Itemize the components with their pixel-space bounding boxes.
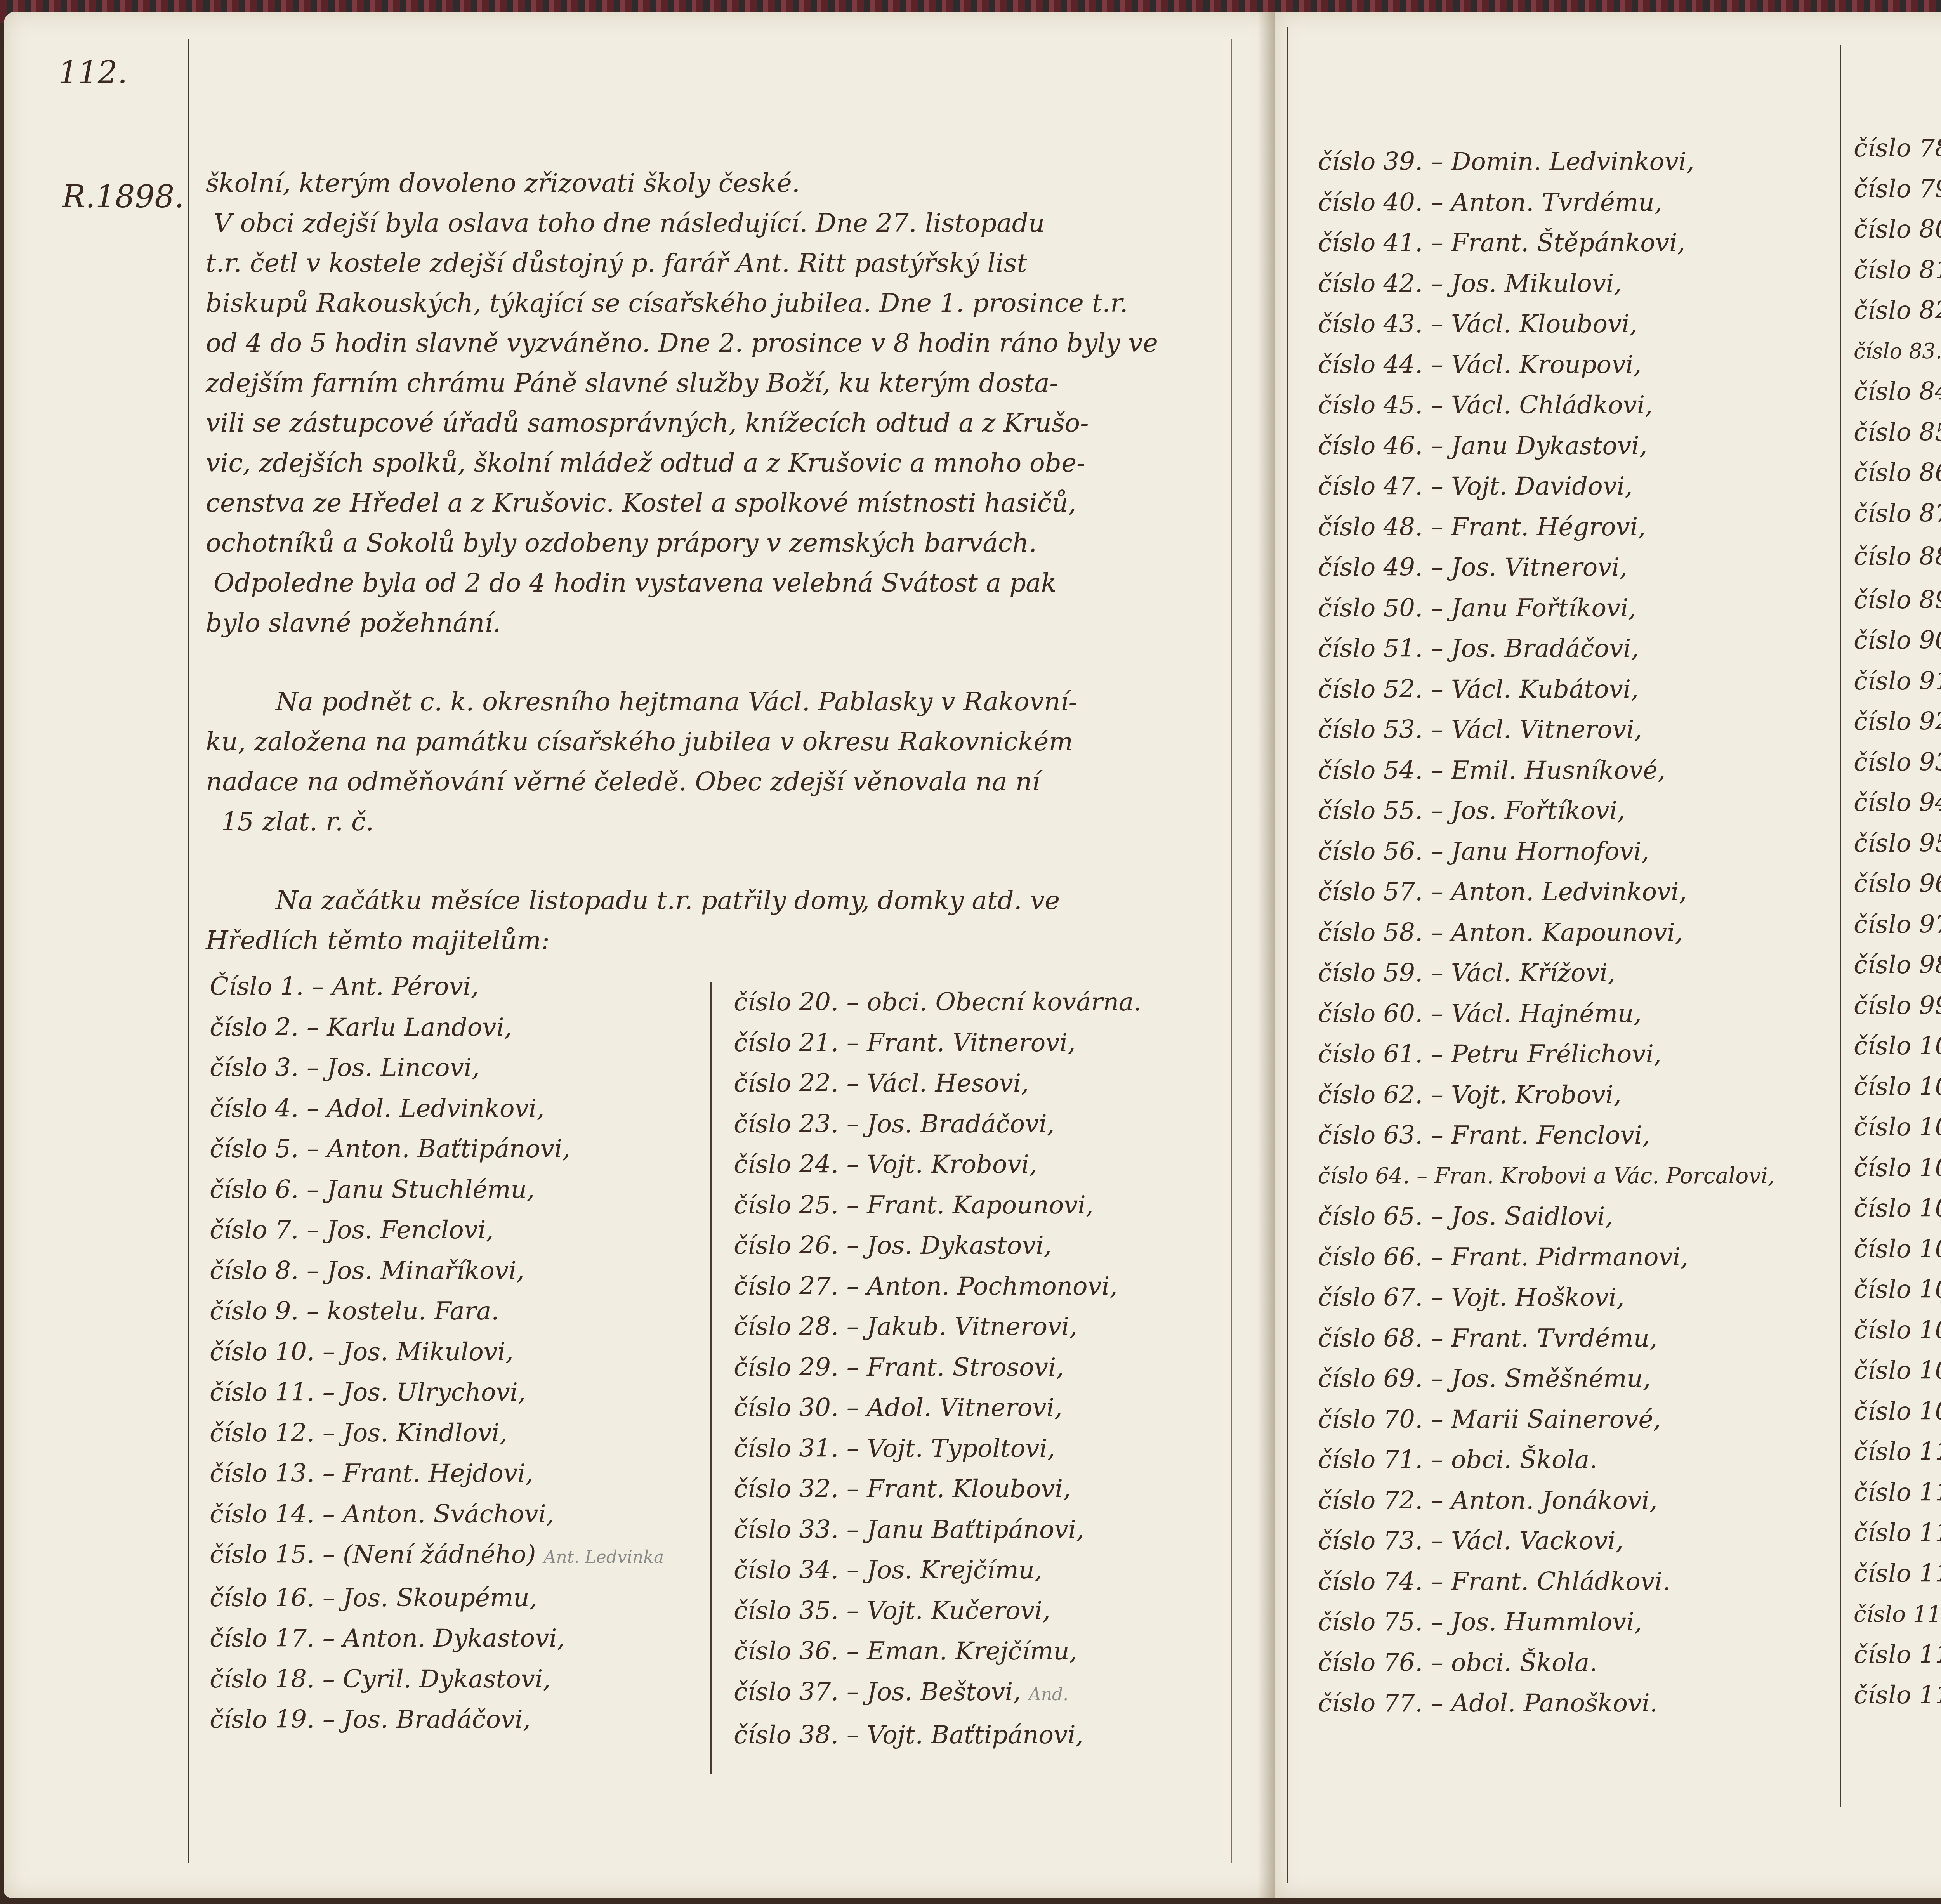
- list-item: číslo 82. – Růž. Lorencové,: [1854, 290, 1941, 331]
- list-item: číslo 16. – Jos. Skoupému,: [210, 1578, 664, 1619]
- list-item: číslo 69. – Jos. Směšnému,: [1318, 1359, 1774, 1399]
- list-item: číslo 45. – Václ. Chládkovi,: [1318, 385, 1774, 426]
- owners-list-col1: Číslo 1. – Ant. Pérovi, číslo 2. – Karlu…: [210, 967, 664, 1740]
- list-item: číslo 91. – Jos. Rubášovi,: [1854, 661, 1941, 702]
- list-item: číslo 94. – Frant. Sváchovi,: [1854, 783, 1941, 823]
- list-item: číslo 77. – Adol. Panoškovi.: [1318, 1683, 1774, 1724]
- list-item: číslo 42. – Jos. Mikulovi,: [1318, 264, 1774, 304]
- list-item: číslo 18. – Cyril. Dykastovi,: [210, 1659, 664, 1700]
- list-item: číslo 74. – Frant. Chládkovi.: [1318, 1562, 1774, 1602]
- list-item: číslo 30. – Adol. Vitnerovi,: [734, 1388, 1142, 1428]
- right-edge-rule: [1231, 39, 1232, 1863]
- list-item: číslo 83. – Jos. Křížkovi, (Vác. Hesovi)…: [1854, 331, 1941, 372]
- list-item: číslo 57. – Anton. Ledvinkovi,: [1318, 872, 1774, 913]
- left-margin-rule: [188, 39, 189, 1863]
- list-item: číslo 4. – Adol. Ledvinkovi,: [210, 1088, 664, 1129]
- list-item: číslo 76. – obci. Škola.: [1318, 1643, 1774, 1684]
- column-divider: [1840, 45, 1841, 1807]
- column-divider: [710, 982, 712, 1774]
- list-item: číslo 26. – Jos. Dykastovi,: [734, 1225, 1142, 1266]
- list-item: číslo 13. – Frant. Hejdovi,: [210, 1453, 664, 1494]
- list-item: číslo 15. – (Není žádného) Ant. Ledvinka: [210, 1534, 664, 1578]
- list-item: číslo 81. – Frant. Vitnerovi,: [1854, 250, 1941, 291]
- text-line: V obci zdejší byla oslava toho dne násle…: [206, 203, 1254, 243]
- list-item: číslo 33. – Janu Baťtipánovi,: [734, 1510, 1142, 1550]
- list-item: číslo 40. – Anton. Tvrdému,: [1318, 182, 1774, 223]
- list-item: číslo 59. – Václ. Křížovi,: [1318, 953, 1774, 994]
- list-item: číslo 89. – Stanisl. Vitnerovi,: [1854, 580, 1941, 621]
- list-item: číslo 28. – Jakub. Vitnerovi,: [734, 1307, 1142, 1347]
- list-item: číslo 49. – Jos. Vitnerovi,: [1318, 547, 1774, 588]
- left-margin-rule: [1287, 27, 1288, 1883]
- list-item: číslo 75. – Jos. Hummlovi,: [1318, 1602, 1774, 1643]
- blank-line: [206, 842, 1254, 880]
- text-line: nadace na odměňování věrné čeledě. Obec …: [206, 762, 1254, 802]
- text-line: vic, zdejších spolků, školní mládež odtu…: [206, 443, 1254, 483]
- list-item: číslo 7. – Jos. Fenclovi,: [210, 1210, 664, 1251]
- list-item: číslo 2. – Karlu Landovi,: [210, 1007, 664, 1048]
- list-item: číslo 41. – Frant. Štěpánkovi,: [1318, 223, 1774, 264]
- list-item: číslo 64. – Fran. Krobovi a Vác. Porcalo…: [1318, 1156, 1774, 1197]
- list-item: číslo 48. – Frant. Hégrovi,: [1318, 507, 1774, 548]
- owners-list-col2: číslo 78. – Anton. Křížovi, číslo 79. – …: [1854, 128, 1941, 1716]
- list-item: číslo 85. – Anton. Gerlichovi,: [1854, 412, 1941, 453]
- list-item: číslo 113. – Frant. Lincovi.: [1854, 1553, 1941, 1594]
- list-item: číslo 52. – Václ. Kubátovi,: [1318, 669, 1774, 710]
- list-item: číslo 5. – Anton. Baťtipánovi,: [210, 1129, 664, 1170]
- text-line: Na podnět c. k. okresního hejtmana Václ.…: [206, 682, 1254, 722]
- list-item: číslo 84. – Václ. Rubešovi,: [1854, 371, 1941, 412]
- list-item: číslo 88. – Anton. (Wurbsovi), Hrby: [1854, 536, 1941, 580]
- list-item: číslo 115. – Štěpánu Vitnerovi,: [1854, 1635, 1941, 1675]
- list-item: číslo 105. – Frant. Gaigrovi,: [1854, 1229, 1941, 1270]
- list-item: číslo 101. – Václ. Jánskému,: [1854, 1067, 1941, 1107]
- list-item: číslo 39. – Domin. Ledvinkovi,: [1318, 142, 1774, 182]
- list-item: číslo 6. – Janu Stuchlému,: [210, 1170, 664, 1210]
- list-item: číslo 47. – Vojt. Davidovi,: [1318, 466, 1774, 507]
- list-item: číslo 24. – Vojt. Krobovi,: [734, 1144, 1142, 1185]
- text-line: od 4 do 5 hodin slavně vyzváněno. Dne 2.…: [206, 323, 1254, 363]
- right-page: 113. R.1898. číslo 39. – Domin. Ledvinko…: [1275, 12, 1941, 1898]
- list-item: číslo 51. – Jos. Bradáčovi,: [1318, 628, 1774, 669]
- list-item: číslo 108. – Frant. Šmídovi,: [1854, 1350, 1941, 1391]
- list-item: číslo 92. – Jos. Landovi,: [1854, 701, 1941, 742]
- list-item: číslo 67. – Vojt. Hoškovi,: [1318, 1277, 1774, 1318]
- list-item: číslo 98. – Anton. Hůlovi,: [1854, 945, 1941, 986]
- list-item: číslo 116. – Frant. Sváchovi,: [1854, 1675, 1941, 1716]
- chronicle-text: školní, kterým dovoleno zřizovati školy …: [206, 163, 1254, 960]
- list-item: číslo 68. – Frant. Tvrdému,: [1318, 1318, 1774, 1359]
- list-item: číslo 61. – Petru Frélichovi,: [1318, 1034, 1774, 1075]
- list-item: číslo 104. – Václ. Frosovi,: [1854, 1188, 1941, 1229]
- list-item: číslo 32. – Frant. Kloubovi,: [734, 1469, 1142, 1510]
- list-item: číslo 103. – Jos. Sainerovi,: [1854, 1148, 1941, 1189]
- list-item: číslo 58. – Anton. Kapounovi,: [1318, 913, 1774, 953]
- list-item: číslo 36. – Eman. Krejčímu,: [734, 1631, 1142, 1672]
- text-line: školní, kterým dovoleno zřizovati školy …: [206, 163, 1254, 203]
- list-item: číslo 96. – Jos. Fenclovi,: [1854, 864, 1941, 904]
- list-item: číslo 79. – Jos. Cibulkovi,: [1854, 169, 1941, 210]
- text-line: ochotníků a Sokolů byly ozdobeny prápory…: [206, 523, 1254, 563]
- list-item: číslo 35. – Vojt. Kučerovi,: [734, 1591, 1142, 1632]
- list-item: číslo 14. – Anton. Sváchovi,: [210, 1494, 664, 1535]
- list-item: číslo 73. – Václ. Vackovi,: [1318, 1521, 1774, 1562]
- list-item: číslo 10. – Jos. Mikulovi,: [210, 1332, 664, 1373]
- margin-year: R.1898.: [62, 179, 184, 215]
- list-item: číslo 19. – Jos. Bradáčovi,: [210, 1699, 664, 1740]
- left-page: 112. R.1898. školní, kterým dovoleno zři…: [4, 12, 1275, 1898]
- list-item: číslo 37. – Jos. Beštovi, And.: [734, 1672, 1142, 1715]
- list-item: číslo 53. – Václ. Vitnerovi,: [1318, 710, 1774, 750]
- list-item: číslo 72. – Anton. Jonákovi,: [1318, 1481, 1774, 1521]
- list-item: číslo 54. – Emil. Husníkové,: [1318, 750, 1774, 791]
- text-line: Hředlích těmto majitelům:: [206, 920, 1254, 960]
- list-item: číslo 111. – Frant. Skoupému,: [1854, 1472, 1941, 1513]
- list-item: číslo 50. – Janu Fořtíkovi,: [1318, 588, 1774, 629]
- list-item: číslo 70. – Marii Sainerové,: [1318, 1399, 1774, 1440]
- pencil-annotation: And.: [1029, 1685, 1068, 1704]
- list-item: číslo 97. – Frant. Mikšovicovi,: [1854, 904, 1941, 945]
- list-item: číslo 43. – Václ. Kloubovi,: [1318, 304, 1774, 345]
- list-item: číslo 110. – Anton. Sainerovi,: [1854, 1432, 1941, 1472]
- text-line: zdejším farním chrámu Páně slavné služby…: [206, 363, 1254, 403]
- list-item: číslo 34. – Jos. Krejčímu,: [734, 1550, 1142, 1591]
- list-item: číslo 20. – obci. Obecní kovárna.: [734, 982, 1142, 1023]
- list-item: číslo 93. – Frant. Pavlíkovi,: [1854, 742, 1941, 783]
- list-item: číslo 21. – Frant. Vitnerovi,: [734, 1023, 1142, 1064]
- list-item: číslo 60. – Václ. Hajnému,: [1318, 994, 1774, 1034]
- text-line: vili se zástupcové úřadů samosprávných, …: [206, 403, 1254, 443]
- list-item: číslo 17. – Anton. Dykastovi,: [210, 1618, 664, 1659]
- list-item: číslo 87. – (Anně) Minaříkové, Marii: [1854, 493, 1941, 537]
- list-item: číslo 11. – Jos. Ulrychovi,: [210, 1372, 664, 1413]
- list-item: číslo 31. – Vojt. Typoltovi,: [734, 1428, 1142, 1469]
- pencil-annotation: Ant. Ledvinka: [544, 1547, 664, 1567]
- list-item: číslo 8. – Jos. Minaříkovi,: [210, 1251, 664, 1291]
- list-item: číslo 55. – Jos. Fořtíkovi,: [1318, 791, 1774, 831]
- list-item: Číslo 1. – Ant. Pérovi,: [210, 967, 664, 1007]
- list-item: číslo 109. – Jos. Šmídovi,: [1854, 1391, 1941, 1432]
- list-item: číslo 106. – Ludvíku Stýbrovi,: [1854, 1269, 1941, 1310]
- list-item: číslo 29. – Frant. Strosovi,: [734, 1347, 1142, 1388]
- text-line: Odpoledne byla od 2 do 4 hodin vystavena…: [206, 563, 1254, 603]
- list-item: číslo 25. – Frant. Kapounovi,: [734, 1185, 1142, 1226]
- list-item: číslo 44. – Václ. Kroupovi,: [1318, 345, 1774, 385]
- text-line: Na začátku měsíce listopadu t.r. patřily…: [206, 880, 1254, 920]
- text-line: t.r. četl v kostele zdejší důstojný p. f…: [206, 243, 1254, 283]
- text-line: censtva ze Hředel a z Krušovic. Kostel a…: [206, 483, 1254, 523]
- list-item: číslo 38. – Vojt. Baťtipánovi,: [734, 1715, 1142, 1756]
- list-item: číslo 62. – Vojt. Krobovi,: [1318, 1075, 1774, 1116]
- list-item: číslo 66. – Frant. Pidrmanovi,: [1318, 1237, 1774, 1278]
- list-item: číslo 63. – Frant. Fenclovi,: [1318, 1115, 1774, 1156]
- list-item: číslo 65. – Jos. Saidlovi,: [1318, 1196, 1774, 1237]
- text-line: biskupů Rakouských, týkající se císařské…: [206, 283, 1254, 323]
- list-item: číslo 80. – Kar. Ledvinkovi,: [1854, 209, 1941, 250]
- list-item: číslo 3. – Jos. Lincovi,: [210, 1048, 664, 1088]
- list-item: číslo 86. – Frant. Sailerovi,: [1854, 453, 1941, 493]
- list-item: číslo 100. – Děti Jos. Ulrycha,: [1854, 1026, 1941, 1067]
- text-line: ku, založena na památku císařského jubil…: [206, 722, 1254, 762]
- open-ledger-book: 112. R.1898. školní, kterým dovoleno zři…: [0, 0, 1941, 1904]
- text-line: 15 zlat. r. č.: [206, 802, 1254, 842]
- owners-list-col1: číslo 39. – Domin. Ledvinkovi, číslo 40.…: [1318, 142, 1774, 1724]
- list-item: číslo 71. – obci. Škola.: [1318, 1440, 1774, 1481]
- list-item: číslo 114. – obci. Bývalá horní váha.: [1854, 1594, 1941, 1635]
- list-item: číslo 95. – Václ. Štechmüllerovi,: [1854, 823, 1941, 864]
- list-item: číslo 102. – Jos. Bergrovi,: [1854, 1107, 1941, 1148]
- list-item: číslo 12. – Jos. Kindlovi,: [210, 1413, 664, 1454]
- owners-list-col2: číslo 20. – obci. Obecní kovárna. číslo …: [734, 982, 1142, 1756]
- blank-line: [206, 643, 1254, 682]
- text-line: bylo slavné požehnání.: [206, 603, 1254, 643]
- list-item: číslo 9. – kostelu. Fara.: [210, 1291, 664, 1332]
- page-number: 112.: [58, 54, 127, 90]
- list-item: číslo 56. – Janu Hornofovi,: [1318, 831, 1774, 872]
- list-item: číslo 112. – okresu. Bývalé mýto.: [1854, 1513, 1941, 1553]
- list-item: číslo 23. – Jos. Bradáčovi,: [734, 1104, 1142, 1145]
- list-item: číslo 99. – Václ. Pidrmanovi,: [1854, 986, 1941, 1026]
- list-item: číslo 46. – Janu Dykastovi,: [1318, 426, 1774, 467]
- list-item: číslo 78. – Anton. Křížovi,: [1854, 128, 1941, 169]
- list-item: číslo 90. – Anton. Děkojovi,: [1854, 620, 1941, 661]
- list-item: číslo 22. – Václ. Hesovi,: [734, 1063, 1142, 1104]
- list-item: číslo 27. – Anton. Pochmonovi,: [734, 1266, 1142, 1307]
- list-item: číslo 107. – Jos. Vitnerovi,: [1854, 1310, 1941, 1351]
